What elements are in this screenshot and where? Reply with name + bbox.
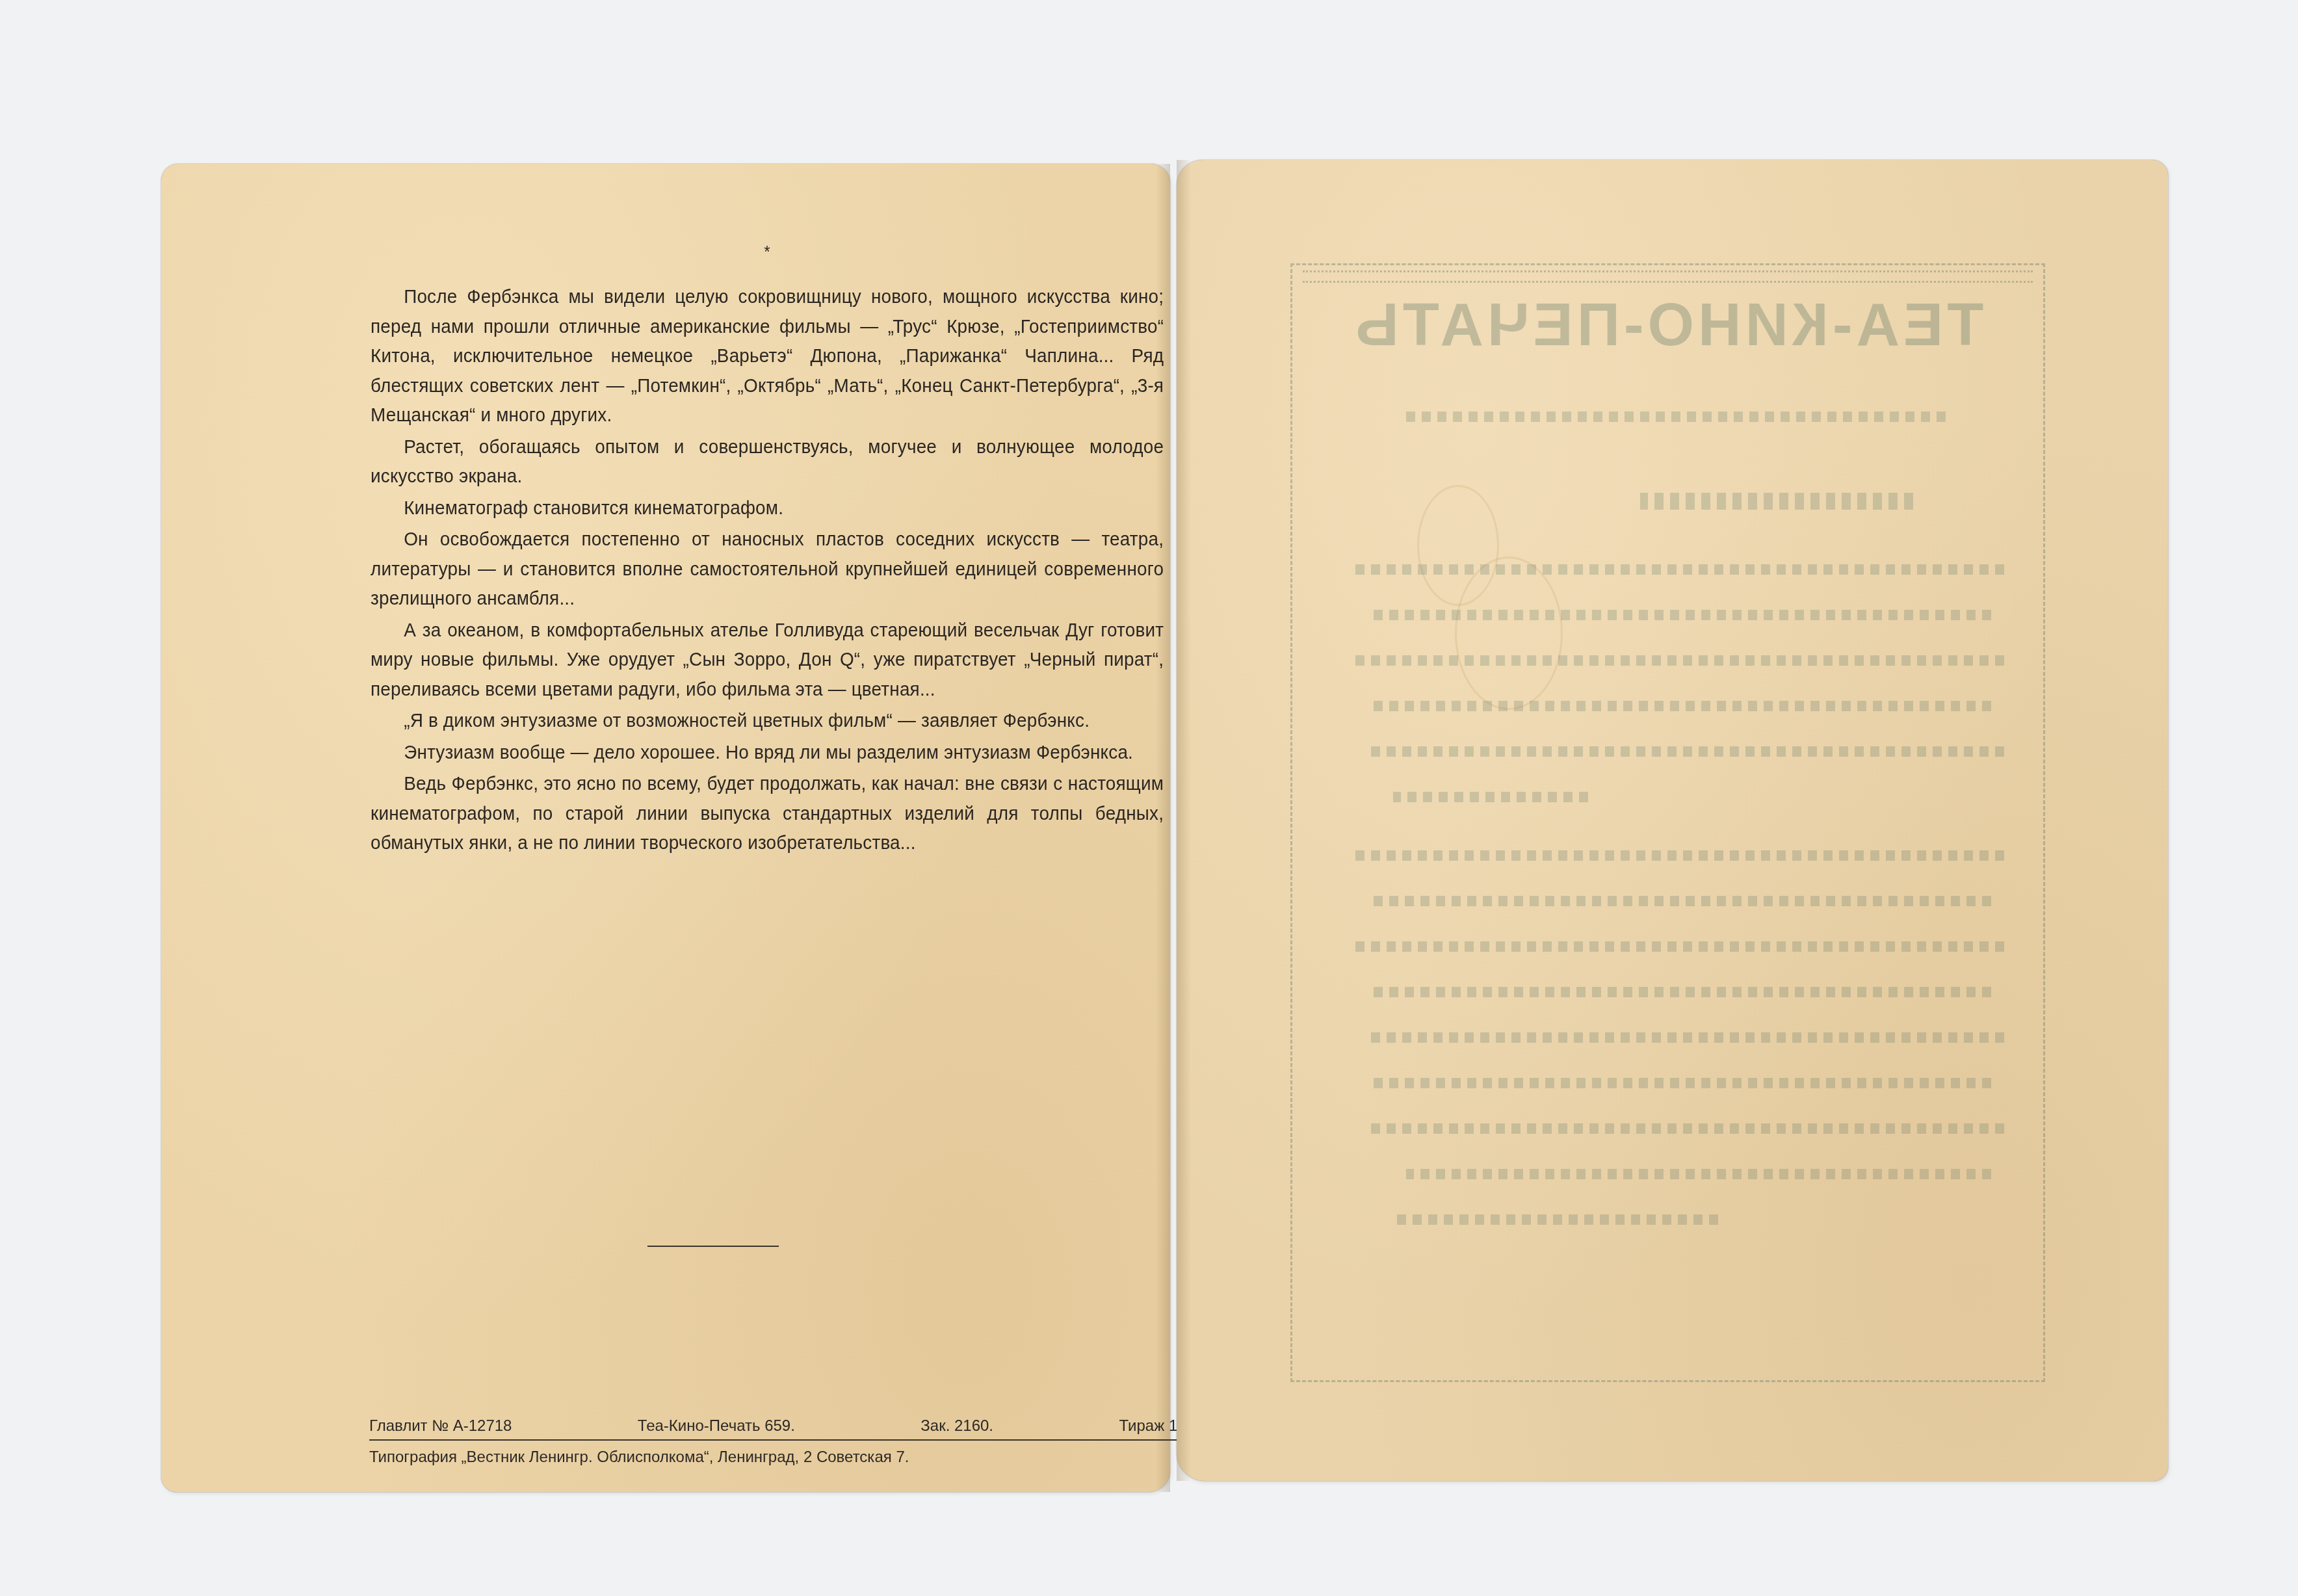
paragraph: Ведь Фербэнкс, это ясно по всему, будет …: [371, 769, 1164, 858]
bleed-line: [1367, 701, 1991, 711]
paragraph: Растет, обогащаясь опытом и совершенству…: [371, 432, 1164, 491]
end-separator-rule: [647, 1246, 779, 1247]
bleed-line: [1354, 850, 2004, 861]
bleed-line: [1406, 412, 1946, 422]
imprint-row: Главлит № А-12718 Теа-Кино-Печать 659. З…: [369, 1417, 1221, 1441]
bleed-line: [1406, 1169, 1991, 1179]
bleed-line: [1393, 1214, 1718, 1225]
bleed-line: [1374, 610, 1991, 620]
bleed-line: [1367, 1032, 2004, 1043]
right-page: ТЕА-КИНО-ПЕЧАТЬ: [1177, 160, 2168, 1481]
bleed-line: [1354, 941, 2004, 952]
bleed-line: [1367, 987, 1991, 997]
bleed-line: [1354, 564, 2004, 575]
left-page: * После Фербэнкса мы видели целую сокров…: [161, 164, 1170, 1492]
paragraph: Он освобождается постепенно от наносных …: [371, 525, 1164, 614]
bleed-line: [1354, 655, 2004, 666]
paragraph: А за океаном, в комфортабельных ателье Г…: [371, 616, 1164, 705]
bleed-rule: [1303, 281, 2033, 283]
body-text: * После Фербэнкса мы видели целую сокров…: [371, 243, 1164, 858]
section-ornament: *: [371, 243, 1164, 260]
publisher-number: Теа-Кино-Печать 659.: [638, 1417, 795, 1435]
paragraph: „Я в диком энтузиазме от возможностей цв…: [371, 706, 1164, 736]
paragraph: Энтузиазм вообще — дело хорошее. Но вряд…: [371, 738, 1164, 768]
imprint: Главлит № А-12718 Теа-Кино-Печать 659. З…: [369, 1417, 1221, 1467]
bleed-line: [1367, 1123, 2004, 1134]
order-number: Зак. 2160.: [921, 1417, 993, 1435]
bleed-line: [1367, 1078, 1991, 1088]
bleed-line: [1367, 746, 2004, 757]
bleed-line: [1374, 896, 1991, 906]
printer-line: Типография „Вестник Ленингр. Облисполком…: [369, 1448, 1221, 1467]
bleed-through-frame: ТЕА-КИНО-ПЕЧАТЬ: [1290, 263, 2045, 1382]
gutter-shadow: [1177, 160, 1191, 1481]
bleed-rule: [1303, 270, 2033, 272]
paragraph: Кинематограф становится кинематографом.: [371, 493, 1164, 523]
glavlit-number: Главлит № А-12718: [369, 1417, 512, 1435]
bleed-through-title: ТЕА-КИНО-ПЕЧАТЬ: [1292, 291, 2043, 360]
bleed-line: [1640, 493, 1913, 510]
paragraph: После Фербэнкса мы видели целую сокровищ…: [371, 282, 1164, 430]
bleed-line: [1393, 792, 1588, 802]
